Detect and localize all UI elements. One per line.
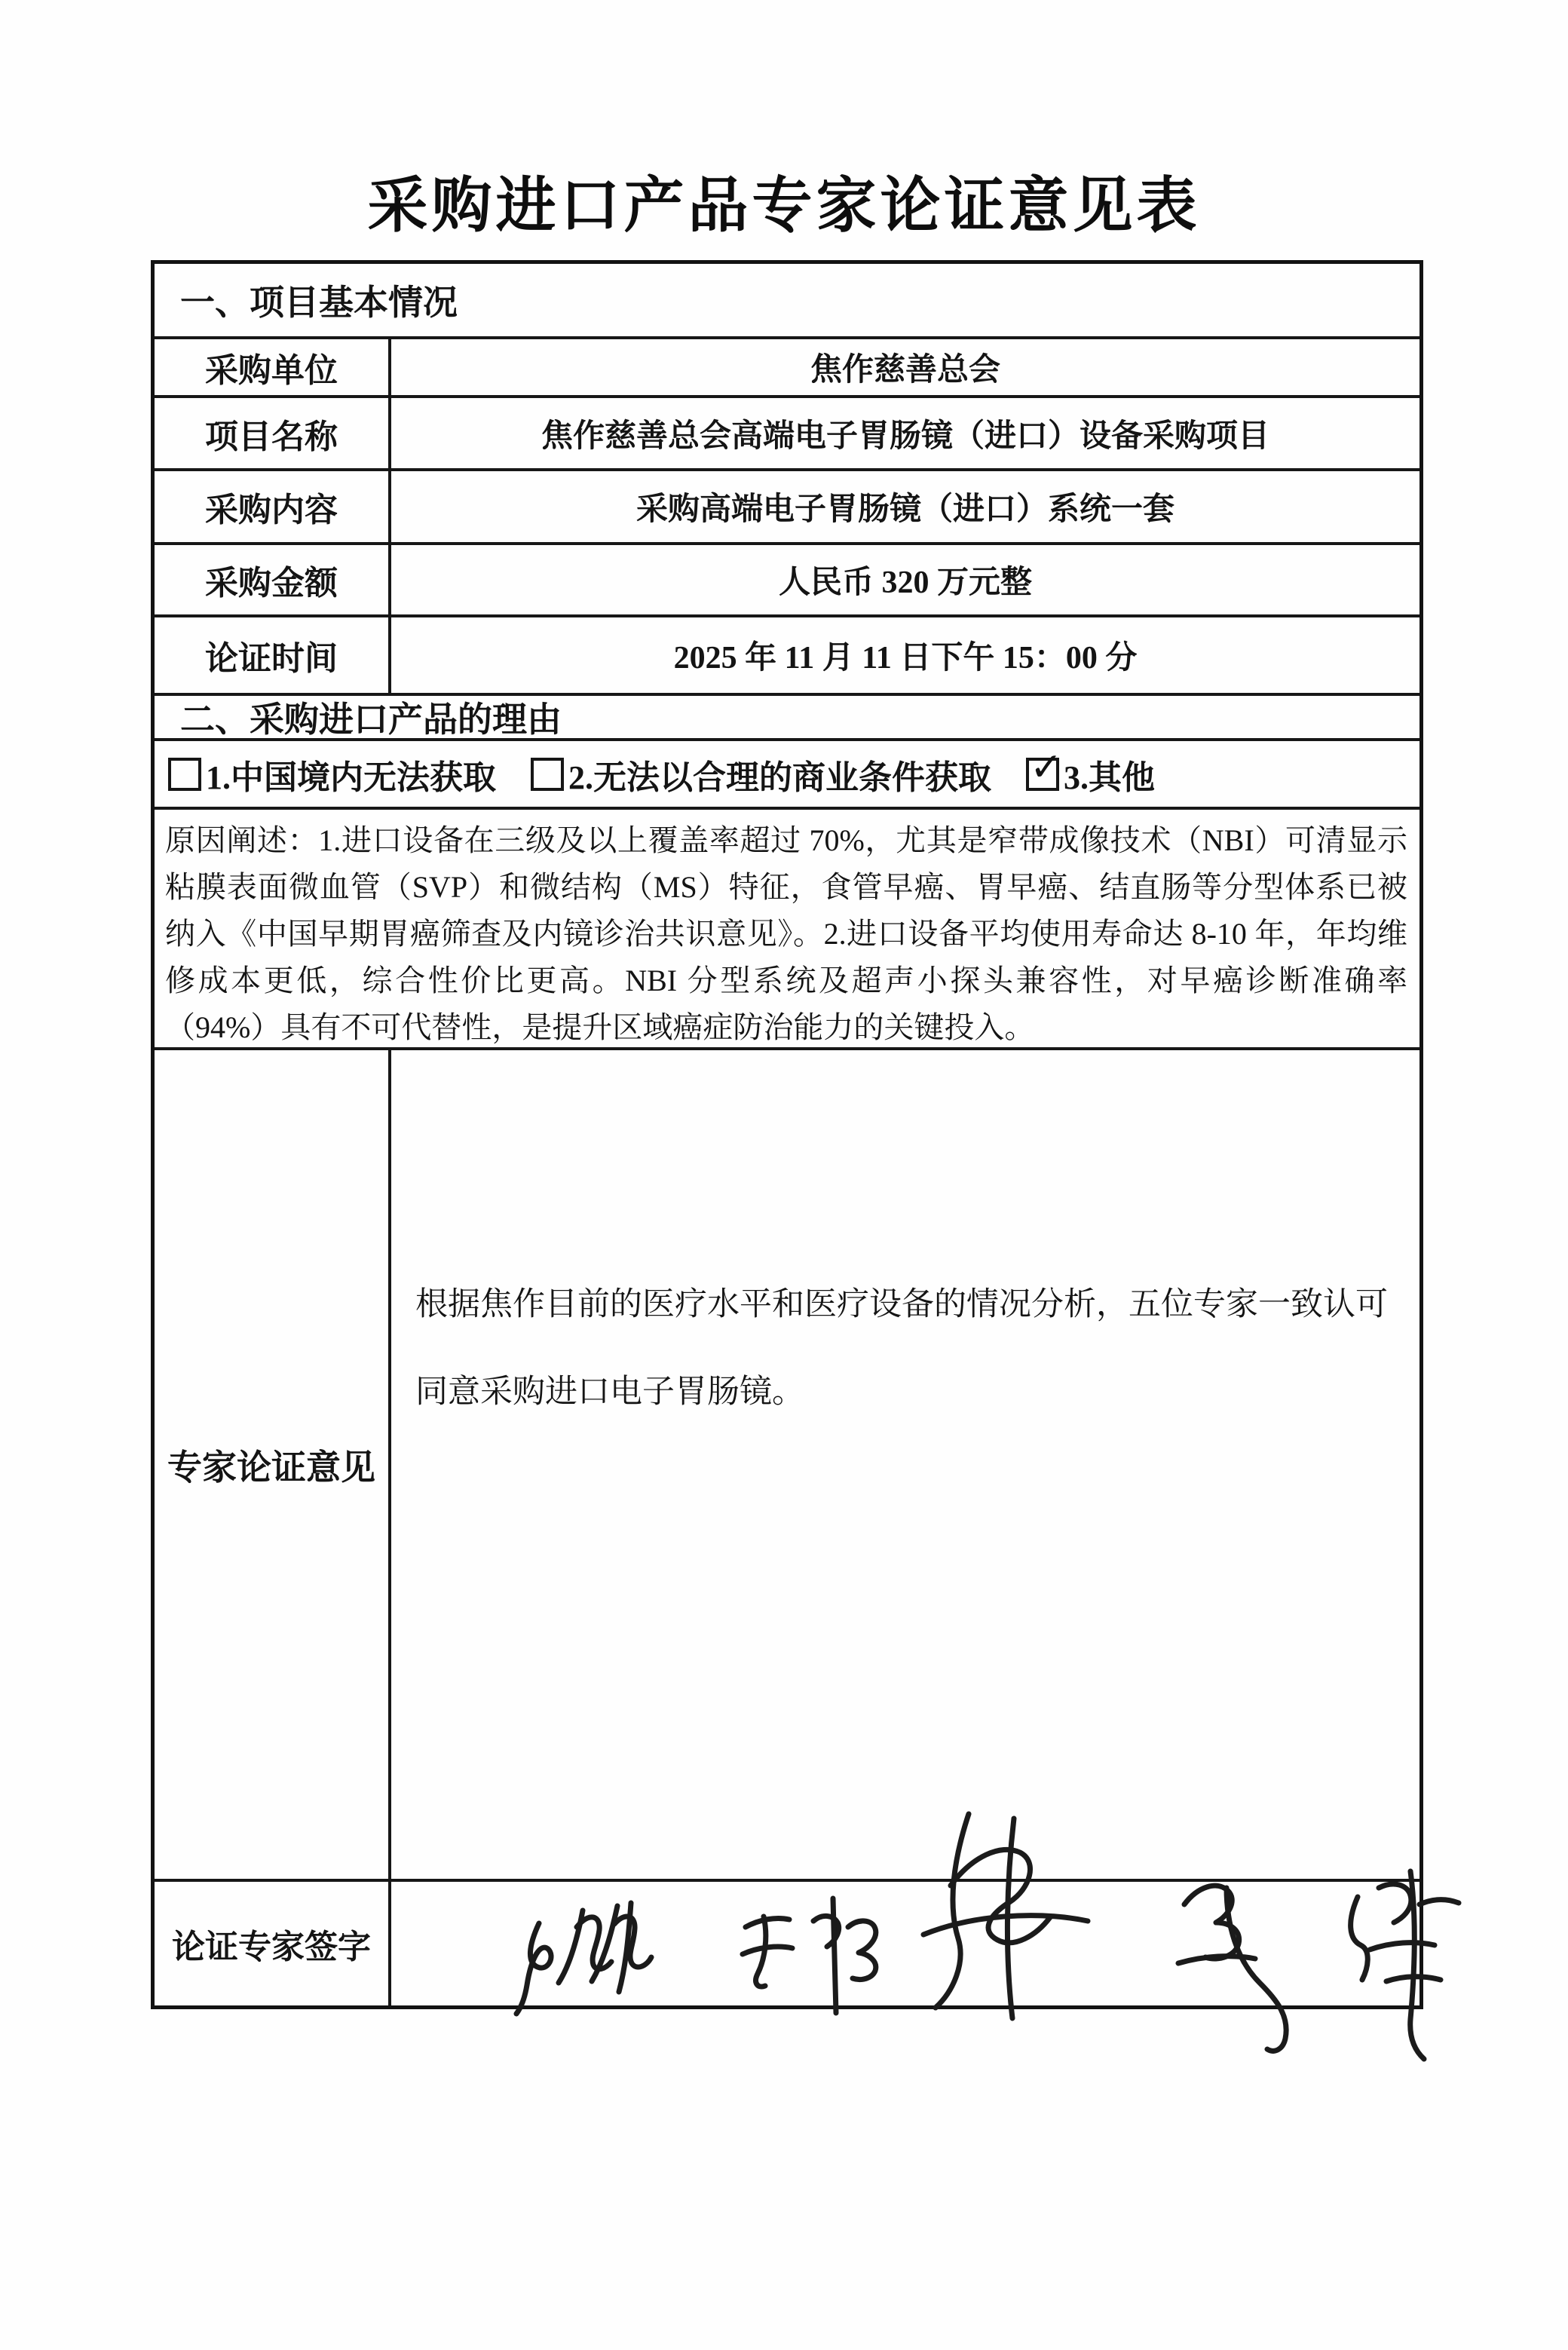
checkbox-unchecked-icon[interactable] — [531, 758, 564, 791]
option-other[interactable]: ✓ 3.其他 — [1026, 750, 1155, 798]
option-label: 2.无法以合理的商业条件获取 — [568, 750, 991, 798]
row-value: 焦作慈善总会高端电子胃肠镜（进口）设备采购项目 — [391, 398, 1419, 468]
expert-signature-1 — [516, 1903, 651, 2014]
row-value: 焦作慈善总会 — [391, 339, 1419, 395]
reason-statement: 原因阐述：1.进口设备在三级及以上覆盖率超过 70%，尤其是窄带成像技术（NBI… — [155, 807, 1419, 1047]
expert-signature-5 — [1351, 1871, 1459, 2059]
table-row-demonstration-time: 论证时间 2025 年 11 月 11 日下午 15：00 分 — [155, 614, 1419, 693]
reason-options-row: 1.中国境内无法获取 2.无法以合理的商业条件获取 ✓ 3.其他 — [155, 738, 1419, 807]
expert-signature-4 — [1178, 1886, 1286, 2051]
option-label: 1.中国境内无法获取 — [206, 750, 496, 798]
check-icon: ✓ — [1030, 749, 1063, 788]
checkbox-unchecked-icon[interactable] — [168, 758, 201, 791]
row-value: 2025 年 11 月 11 日下午 15：00 分 — [391, 617, 1419, 693]
row-label: 采购单位 — [155, 339, 391, 395]
table-row-purchase-amount: 采购金额 人民币 320 万元整 — [155, 542, 1419, 614]
table-row-purchase-unit: 采购单位 焦作慈善总会 — [155, 336, 1419, 395]
expert-signatures — [391, 1806, 1424, 2123]
expert-opinion-row: 专家论证意见 根据焦作目前的医疗水平和医疗设备的情况分析，五位专家一致认可同意采… — [155, 1047, 1419, 1879]
expert-signature-3 — [923, 1814, 1088, 2018]
expert-opinion-text: 根据焦作目前的医疗水平和医疗设备的情况分析，五位专家一致认可同意采购进口电子胃肠… — [415, 1261, 1419, 1436]
row-label: 采购内容 — [155, 471, 391, 542]
row-label: 论证时间 — [155, 617, 391, 693]
page-title: 采购进口产品专家论证意见表 — [0, 157, 1568, 244]
table-row-project-name: 项目名称 焦作慈善总会高端电子胃肠镜（进口）设备采购项目 — [155, 395, 1419, 468]
option-not-available-in-china[interactable]: 1.中国境内无法获取 — [168, 750, 496, 798]
signature-area — [391, 1882, 1419, 2005]
table-row-purchase-content: 采购内容 采购高端电子胃肠镜（进口）系统一套 — [155, 468, 1419, 542]
section2-header: 二、采购进口产品的理由 — [155, 693, 1419, 738]
expert-opinion-content: 根据焦作目前的医疗水平和医疗设备的情况分析，五位专家一致认可同意采购进口电子胃肠… — [391, 1050, 1419, 1879]
row-label: 项目名称 — [155, 398, 391, 468]
row-value: 采购高端电子胃肠镜（进口）系统一套 — [391, 471, 1419, 542]
expert-opinion-label: 专家论证意见 — [155, 1050, 391, 1879]
form-table: 一、项目基本情况 采购单位 焦作慈善总会 项目名称 焦作慈善总会高端电子胃肠镜（… — [151, 260, 1423, 2009]
row-value: 人民币 320 万元整 — [391, 545, 1419, 614]
signature-label: 论证专家签字 — [155, 1882, 391, 2005]
section1-header: 一、项目基本情况 — [155, 264, 1419, 336]
option-label: 3.其他 — [1064, 750, 1155, 798]
option-no-reasonable-commercial-terms[interactable]: 2.无法以合理的商业条件获取 — [531, 750, 991, 798]
signature-row: 论证专家签字 — [155, 1879, 1419, 2005]
document-page: 采购进口产品专家论证意见表 一、项目基本情况 采购单位 焦作慈善总会 项目名称 … — [0, 0, 1568, 2350]
expert-signature-2 — [743, 1898, 876, 2013]
row-label: 采购金额 — [155, 545, 391, 614]
checkbox-checked-icon[interactable]: ✓ — [1026, 758, 1059, 791]
